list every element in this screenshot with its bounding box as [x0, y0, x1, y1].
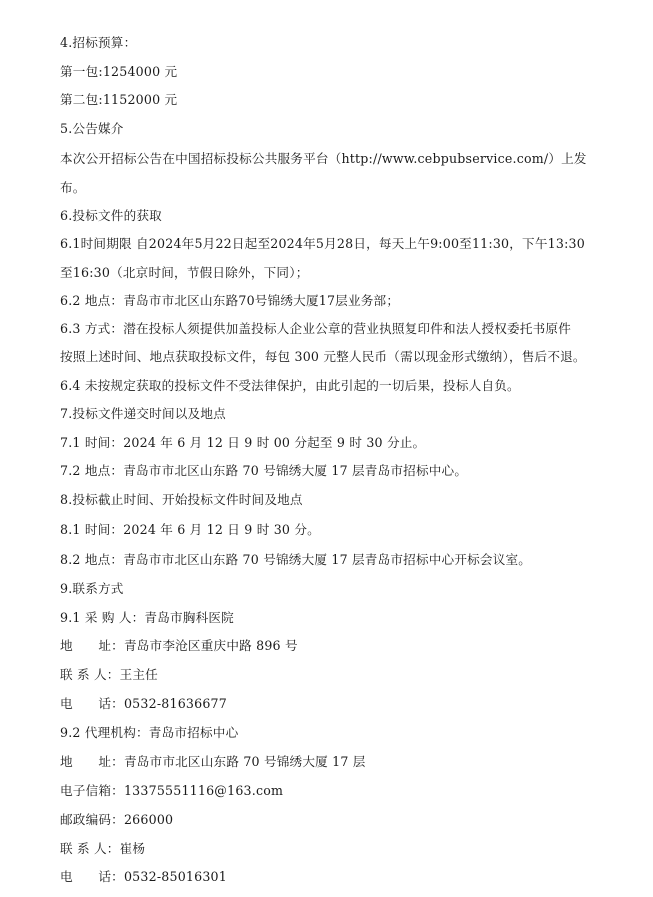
document-page: 4.招标预算： 第一包:1254000 元 第二包:1152000 元 5.公告…	[0, 0, 653, 897]
obtain-documents-heading: 6.投标文件的获取	[60, 208, 605, 224]
budget-package-1: 第一包:1254000 元	[60, 64, 605, 80]
deadline-location: 8.2 地点：青岛市市北区山东路 70 号锦绣大厦 17 层青岛市招标中心开标会…	[60, 552, 605, 568]
media-heading: 5.公告媒介	[60, 121, 605, 137]
budget-package-2: 第二包:1152000 元	[60, 92, 605, 108]
obtain-method-continued: 按照上述时间、地点获取投标文件，每包 300 元整人民币（需以现金形式缴纳），售…	[60, 349, 605, 365]
submission-heading: 7.投标文件递交时间以及地点	[60, 406, 605, 422]
deadline-time: 8.1 时间：2024 年 6 月 12 日 9 时 30 分。	[60, 522, 605, 538]
obtain-notice: 6.4 未按规定获取的投标文件不受法律保护，由此引起的一切后果，投标人自负。	[60, 378, 605, 394]
obtain-location: 6.2 地点：青岛市市北区山东路70号锦绣大厦17层业务部；	[60, 293, 605, 309]
obtain-time-period: 6.1时间期限 自2024年5月22日起至2024年5月28日，每天上午9:00…	[60, 236, 605, 252]
agency-contact-person: 联 系 人：崔杨	[60, 841, 605, 857]
submission-location: 7.2 地点：青岛市市北区山东路 70 号锦绣大厦 17 层青岛市招标中心。	[60, 463, 605, 479]
media-text-continued: 布。	[60, 180, 605, 196]
purchaser-phone: 电 话：0532-81636677	[60, 696, 605, 712]
obtain-method: 6.3 方式：潜在投标人须提供加盖投标人企业公章的营业执照复印件和法人授权委托书…	[60, 321, 605, 337]
deadline-heading: 8.投标截止时间、开始投标文件时间及地点	[60, 492, 605, 508]
obtain-time-period-continued: 至16:30（北京时间，节假日除外，下同）；	[60, 265, 605, 281]
submission-time: 7.1 时间：2024 年 6 月 12 日 9 时 00 分起至 9 时 30…	[60, 435, 605, 451]
purchaser-contact-person: 联 系 人：王主任	[60, 667, 605, 683]
budget-heading: 4.招标预算：	[60, 35, 605, 51]
agency-name: 9.2 代理机构：青岛市招标中心	[60, 725, 605, 741]
purchaser-name: 9.1 采 购 人：青岛市胸科医院	[60, 610, 605, 626]
purchaser-address: 地 址：青岛市李沧区重庆中路 896 号	[60, 638, 605, 654]
media-text: 本次公开招标公告在中国招标投标公共服务平台（http://www.cebpubs…	[60, 151, 605, 167]
contact-heading: 9.联系方式	[60, 581, 605, 597]
agency-phone: 电 话：0532-85016301	[60, 869, 605, 885]
agency-postcode: 邮政编码：266000	[60, 812, 605, 828]
agency-address: 地 址：青岛市市北区山东路 70 号锦绣大厦 17 层	[60, 754, 605, 770]
agency-email: 电子信箱：13375551116@163.com	[60, 783, 605, 799]
